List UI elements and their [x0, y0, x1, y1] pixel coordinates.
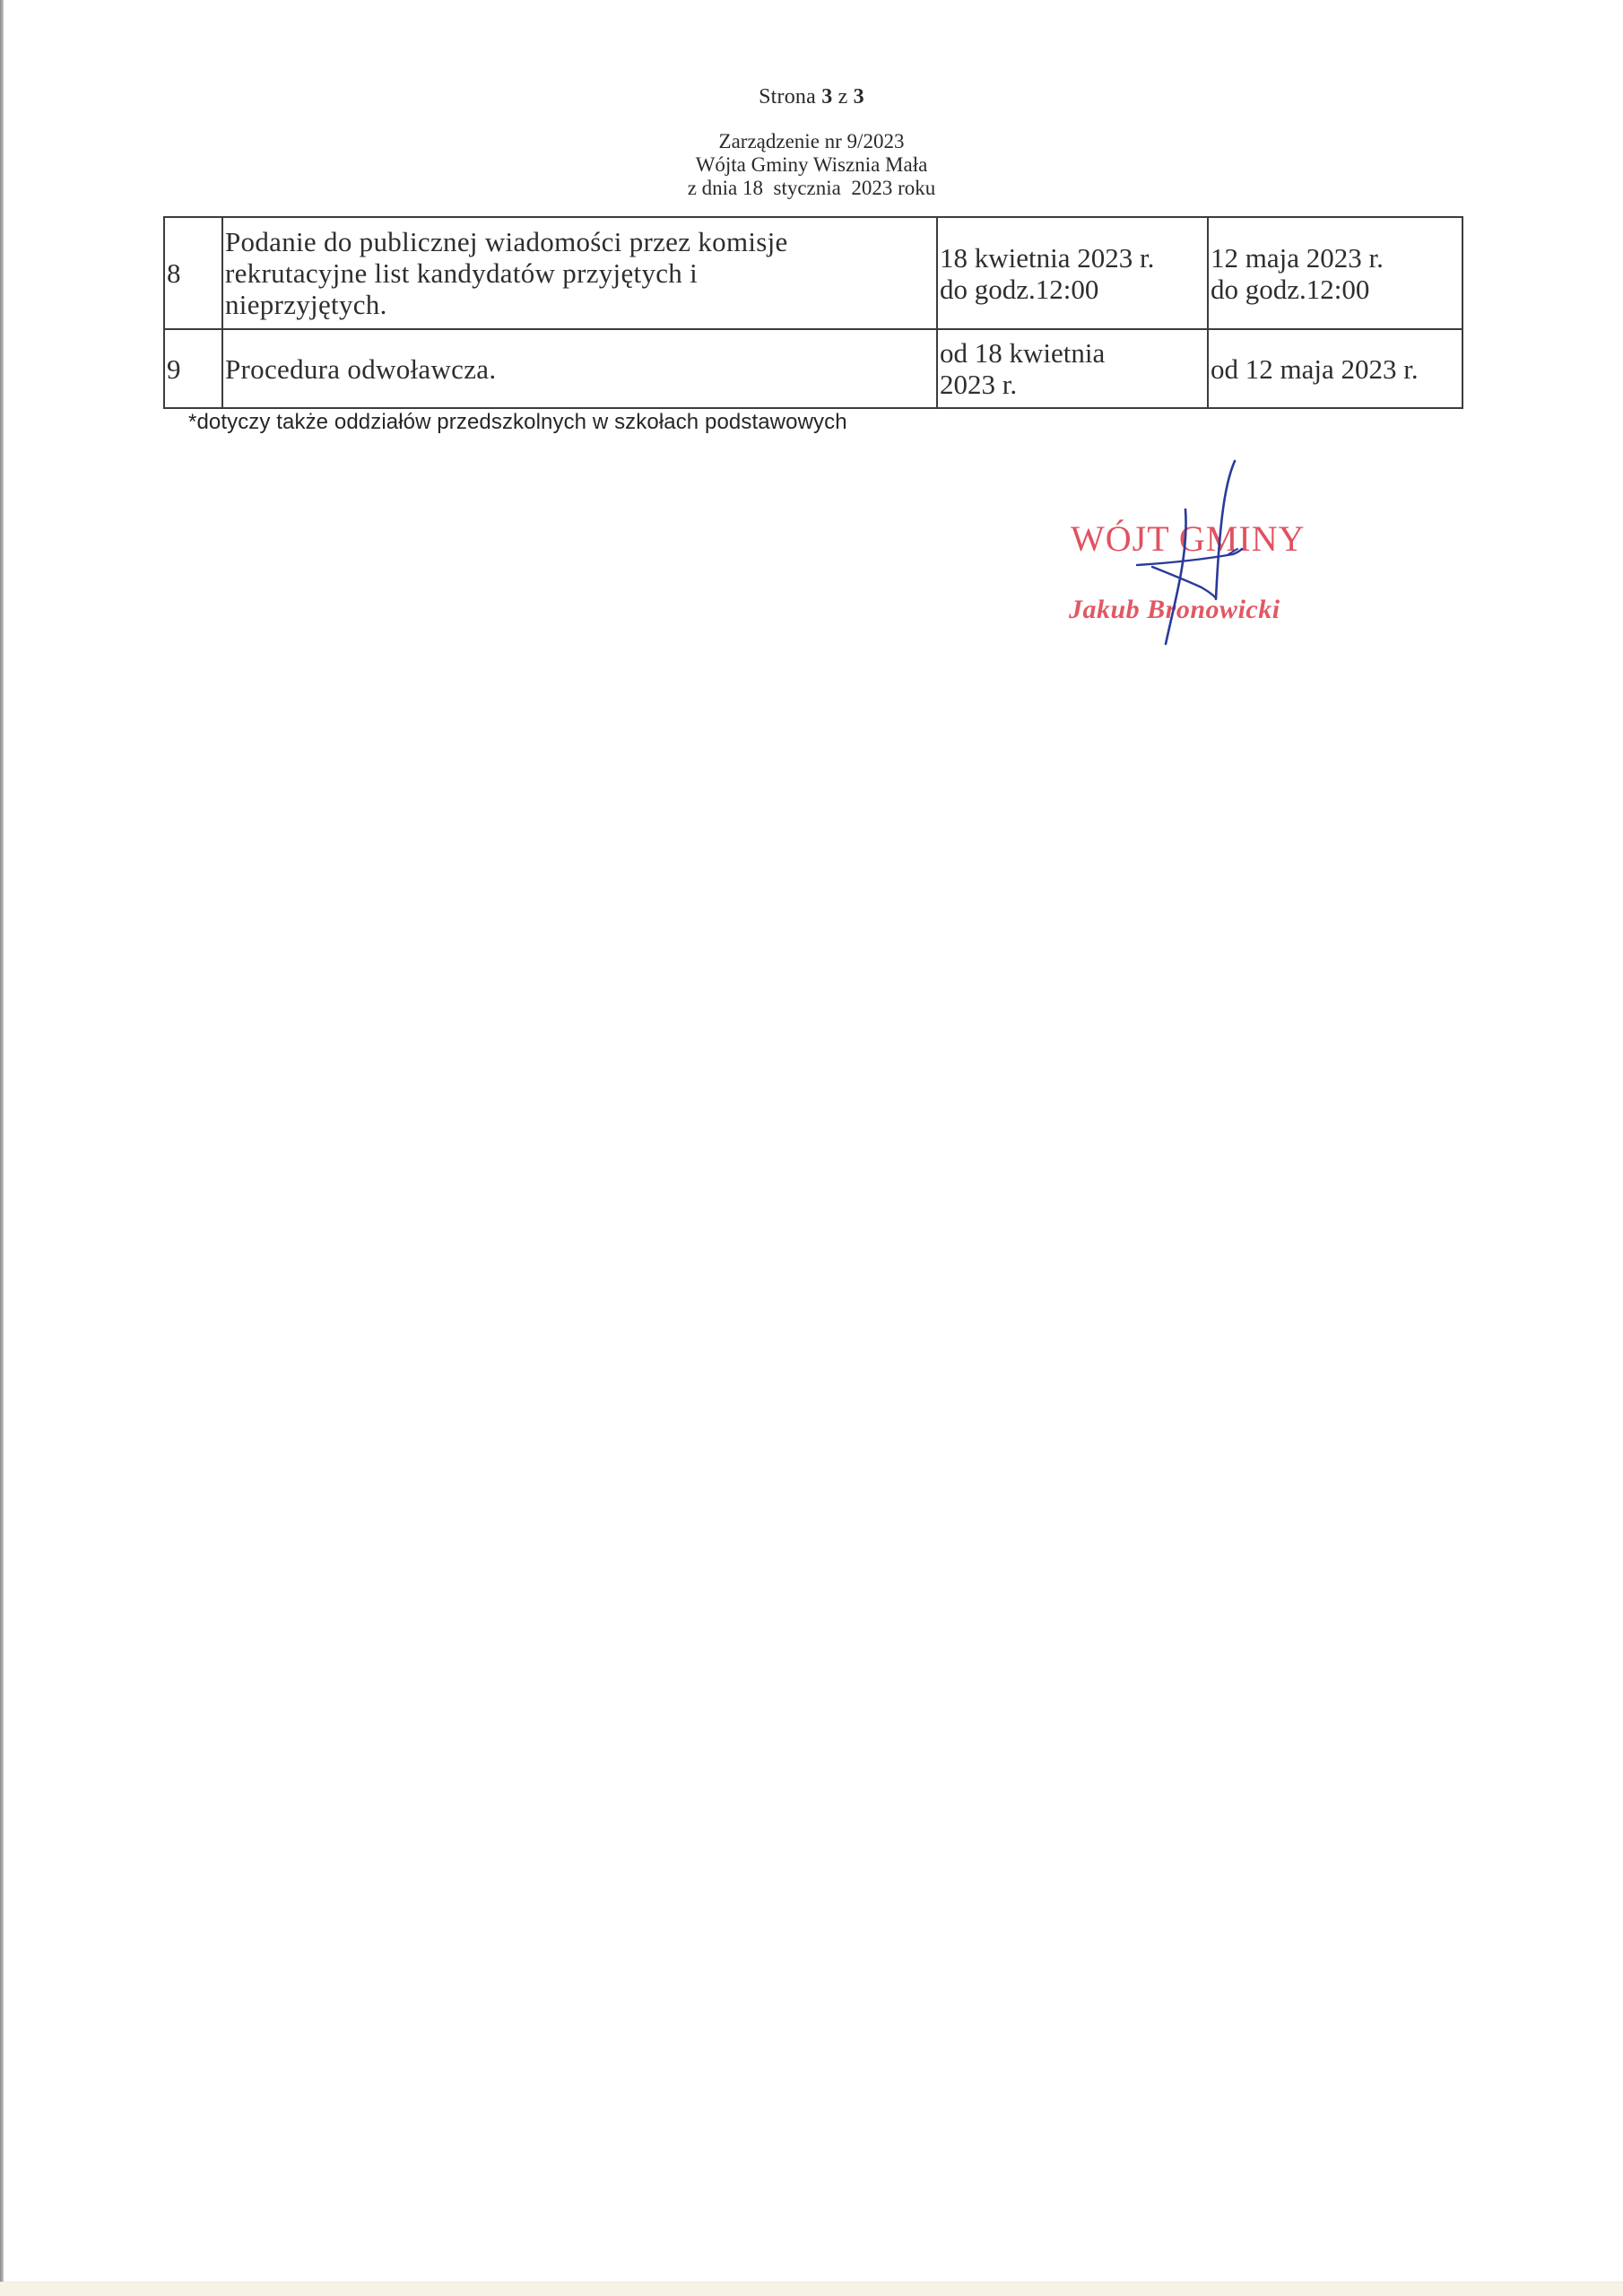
scan-bottom-band [0, 2282, 1623, 2296]
row-number: 8 [164, 217, 222, 329]
row-number: 9 [164, 329, 222, 408]
header-ordinance-number: Zarządzenie nr 9/2023 [0, 130, 1623, 153]
date-line: od 12 maja 2023 r. [1211, 353, 1462, 385]
page-number-prefix: Strona [759, 85, 816, 109]
date-line: do godz.12:00 [940, 274, 1207, 305]
description-line: nieprzyjętych. [225, 289, 936, 320]
scan-edge-strip [0, 0, 4, 2283]
row-date-main: 18 kwietnia 2023 r. do godz.12:00 [937, 217, 1208, 329]
official-stamp: WÓJT GMINY Jakub Bronowicki [1058, 448, 1345, 664]
document-header: Zarządzenie nr 9/2023 Wójta Gminy Wiszni… [0, 130, 1623, 200]
page-number-current: 3 [821, 85, 832, 109]
row-date-supplementary: 12 maja 2023 r. do godz.12:00 [1208, 217, 1462, 329]
row-date-main: od 18 kwietnia 2023 r. [937, 329, 1208, 408]
recruitment-schedule-table: 8 Podanie do publicznej wiadomości przez… [163, 216, 1463, 409]
page-number: Strona 3 z 3 [0, 85, 1623, 109]
header-date: z dnia 18 stycznia 2023 roku [0, 177, 1623, 200]
row-date-supplementary: od 12 maja 2023 r. [1208, 329, 1462, 408]
footnote: *dotyczy także oddziałów przedszkolnych … [188, 410, 847, 435]
table-row: 9 Procedura odwoławcza. od 18 kwietnia 2… [164, 329, 1462, 408]
row-description: Podanie do publicznej wiadomości przez k… [222, 217, 937, 329]
date-line: 2023 r. [940, 369, 1207, 400]
handwritten-signature-icon [1058, 448, 1345, 664]
page-number-separator: z [838, 85, 848, 109]
row-description: Procedura odwoławcza. [222, 329, 937, 408]
description-line: Procedura odwoławcza. [225, 353, 936, 385]
date-line: od 18 kwietnia [940, 337, 1207, 369]
date-line: 18 kwietnia 2023 r. [940, 242, 1207, 274]
description-line: rekrutacyjne list kandydatów przyjętych … [225, 257, 936, 289]
date-line: do godz.12:00 [1211, 274, 1462, 305]
header-issuer: Wójta Gminy Wisznia Mała [0, 153, 1623, 177]
description-line: Podanie do publicznej wiadomości przez k… [225, 226, 936, 257]
page-number-total: 3 [854, 85, 864, 109]
table-row: 8 Podanie do publicznej wiadomości przez… [164, 217, 1462, 329]
date-line: 12 maja 2023 r. [1211, 242, 1462, 274]
